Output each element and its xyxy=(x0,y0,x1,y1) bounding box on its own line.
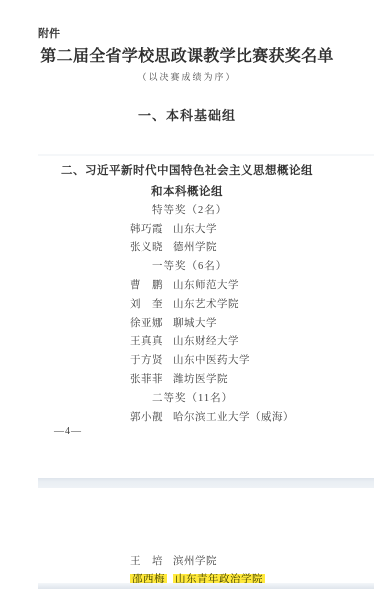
winner-name: 韩巧霞 xyxy=(130,221,173,236)
award-tier-label: 二等奖（11名） xyxy=(0,388,374,407)
winner-school: 聊城大学 xyxy=(173,315,217,330)
document-subtitle: （以决赛成绩为序） xyxy=(0,70,374,83)
winner-name: 曹 鹏 xyxy=(130,277,173,292)
winner-row: 张菲菲 潍坊医学院 xyxy=(0,369,374,388)
winner-name: 徐亚娜 xyxy=(130,315,173,330)
section-two-heading-line1: 二、习近平新时代中国特色社会主义思想概论组 xyxy=(0,162,374,178)
winner-row: 王 培 滨州学院 xyxy=(0,551,374,570)
page-separator-bar xyxy=(38,478,374,488)
winner-name: 王真真 xyxy=(130,333,173,348)
winner-school: 山东中医药大学 xyxy=(173,352,250,367)
page-separator-bar-bottom xyxy=(38,583,374,589)
winner-school: 山东艺术学院 xyxy=(173,296,239,311)
document-title: 第二届全省学校思政课教学比赛获奖名单 xyxy=(0,43,374,66)
winner-name: 于方贤 xyxy=(130,352,173,367)
section-one-heading: 一、本科基础组 xyxy=(0,105,374,124)
document-page: 附件 第二届全省学校思政课教学比赛获奖名单 （以决赛成绩为序） 一、本科基础组 … xyxy=(0,0,374,589)
section-two-heading-line2: 和本科概论组 xyxy=(0,183,374,199)
winner-row: 王真真 山东财经大学 xyxy=(0,332,374,351)
winner-row: 徐亚娜 聊城大学 xyxy=(0,313,374,332)
winner-name: 王 培 xyxy=(130,553,173,568)
page-number: —4— xyxy=(54,426,82,437)
faint-divider xyxy=(38,154,374,156)
winner-name: 郭小靓 xyxy=(130,409,173,424)
winner-school: 滨州学院 xyxy=(173,553,217,568)
award-tier-label: 一等奖（6名） xyxy=(0,256,374,275)
attachment-label: 附件 xyxy=(38,25,60,41)
winner-school: 山东大学 xyxy=(173,221,217,236)
award-tier-label: 特等奖（2名） xyxy=(0,200,374,219)
winner-row: 曹 鹏 山东师范大学 xyxy=(0,275,374,294)
winner-row: 张义晓 德州学院 xyxy=(0,238,374,257)
winner-name: 刘 奎 xyxy=(130,296,173,311)
winner-name: 张菲菲 xyxy=(130,371,173,386)
winner-row: 郭小靓 哈尔滨工业大学（威海） xyxy=(0,407,374,426)
winner-school: 哈尔滨工业大学（威海） xyxy=(173,409,294,424)
winner-row: 于方贤 山东中医药大学 xyxy=(0,350,374,369)
winner-school: 山东师范大学 xyxy=(173,277,239,292)
award-list: 特等奖（2名） 韩巧霞 山东大学 张义晓 德州学院 一等奖（6名） 曹 鹏 山东… xyxy=(0,200,374,426)
winner-school: 德州学院 xyxy=(173,239,217,254)
winner-name: 张义晓 xyxy=(130,239,173,254)
winner-row: 韩巧霞 山东大学 xyxy=(0,219,374,238)
winner-school: 山东财经大学 xyxy=(173,333,239,348)
winner-row: 刘 奎 山东艺术学院 xyxy=(0,294,374,313)
winner-school: 潍坊医学院 xyxy=(173,371,228,386)
